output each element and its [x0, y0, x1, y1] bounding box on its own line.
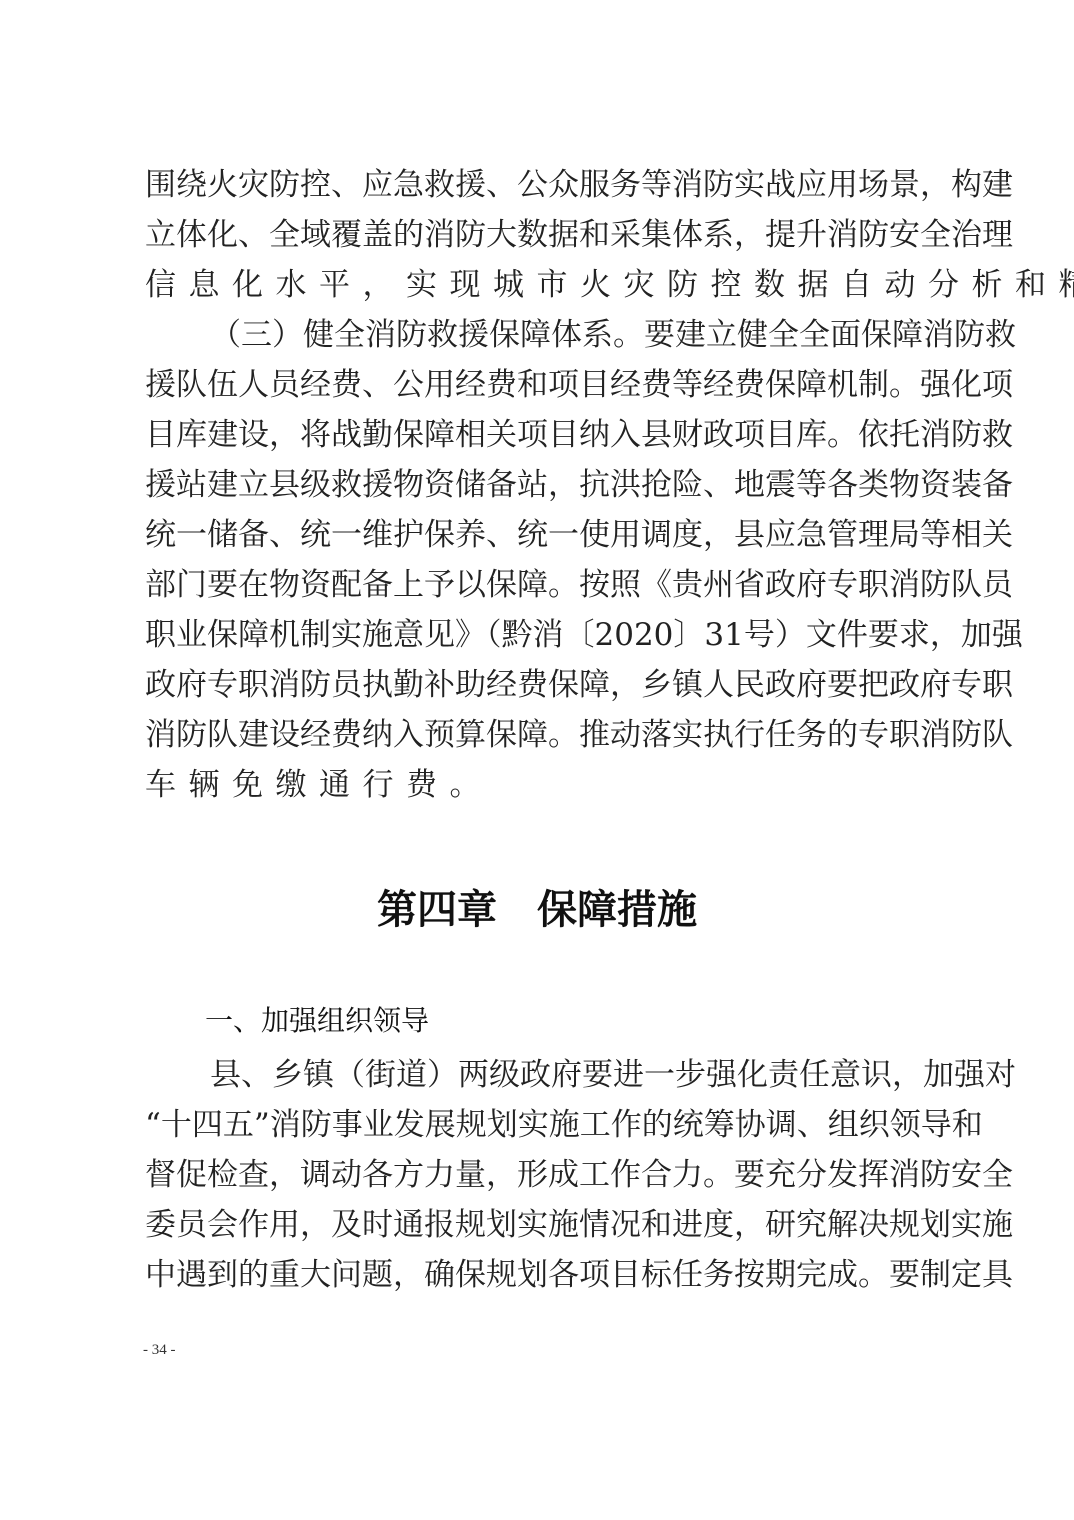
text-line: 消防队建设经费纳入预算保障。推动落实执行任务的专职消防队 [145, 710, 945, 760]
text-line: 援站建立县级救援物资储备站，抗洪抢险、地震等各类物资装备 [145, 460, 945, 510]
text-line: 立体化、全域覆盖的消防大数据和采集体系，提升消防安全治理 [145, 210, 945, 260]
text-line: 车辆免缴通行费。 [145, 760, 945, 810]
text-line: （三）健全消防救援保障体系。要建立健全全面保障消防救 [210, 310, 945, 360]
text-line: 县、乡镇（街道）两级政府要进一步强化责任意识，加强对 [210, 1050, 945, 1100]
text-line: 中遇到的重大问题，确保规划各项目标任务按期完成。要制定具 [145, 1250, 945, 1300]
text-line: 职业保障机制实施意见》（黔消〔2020〕31号）文件要求，加强 [145, 610, 945, 660]
text-line: 援队伍人员经费、公用经费和项目经费等经费保障机制。强化项 [145, 360, 945, 410]
text-line: 围绕火灾防控、应急救援、公众服务等消防实战应用场景，构建 [145, 160, 945, 210]
page-number: - 34 - [143, 1340, 176, 1360]
text-line: 信息化水平，实现城市火灾防控数据自动分析和精准防控。 [145, 260, 945, 310]
text-line: 统一储备、统一维护保养、统一使用调度，县应急管理局等相关 [145, 510, 945, 560]
chapter-title: 第四章 保障措施 [0, 880, 1074, 940]
text-line: “十四五”消防事业发展规划实施工作的统筹协调、组织领导和 [145, 1100, 945, 1150]
section-heading: 一、加强组织领导 [205, 996, 429, 1046]
text-line: 督促检查，调动各方力量，形成工作合力。要充分发挥消防安全 [145, 1150, 945, 1200]
text-line: 政府专职消防员执勤补助经费保障，乡镇人民政府要把政府专职 [145, 660, 945, 710]
text-line: 委员会作用，及时通报规划实施情况和进度，研究解决规划实施 [145, 1200, 945, 1250]
text-line: 目库建设，将战勤保障相关项目纳入县财政项目库。依托消防救 [145, 410, 945, 460]
text-line: 部门要在物资配备上予以保障。按照《贵州省政府专职消防队员 [145, 560, 945, 610]
document-page: 围绕火灾防控、应急救援、公众服务等消防实战应用场景，构建 立体化、全域覆盖的消防… [0, 0, 1074, 1520]
